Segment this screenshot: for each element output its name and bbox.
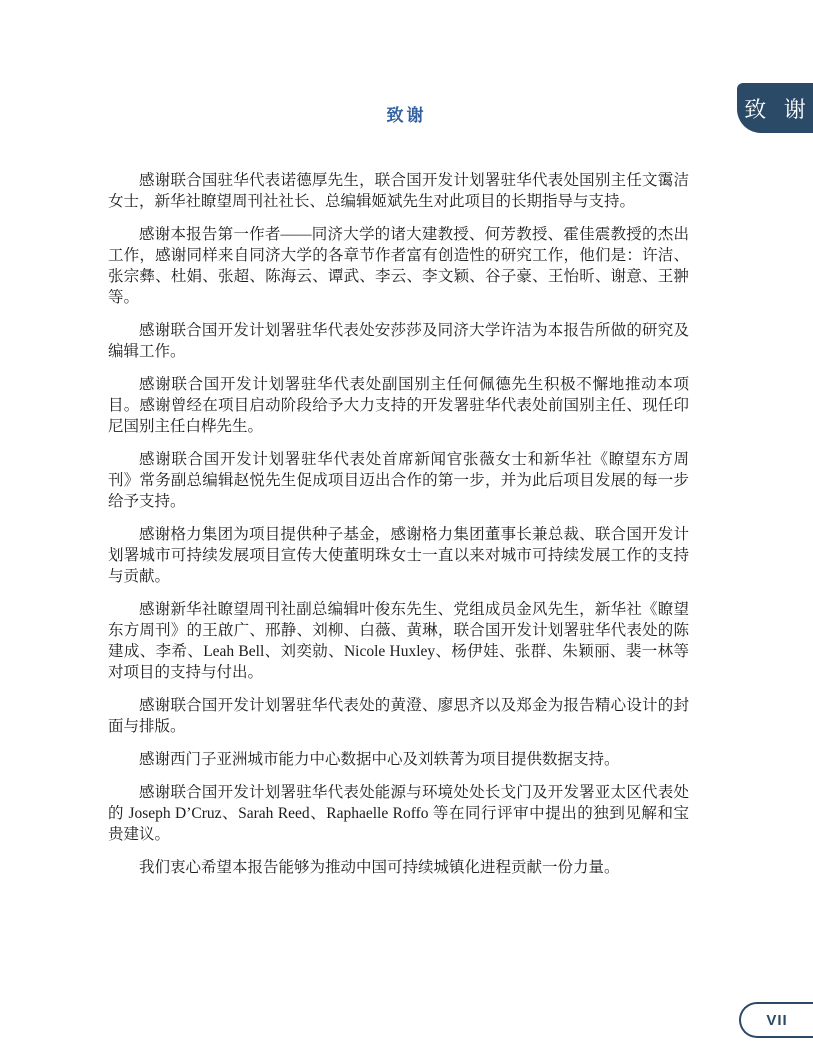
paragraph: 感谢西门子亚洲城市能力中心数据中心及刘轶菁为项目提供数据支持。 <box>108 749 689 770</box>
chapter-side-tab: 致 谢 <box>737 83 813 133</box>
paragraph: 感谢联合国开发计划署驻华代表处首席新闻官张薇女士和新华社《瞭望东方周刊》常务副总… <box>108 449 689 512</box>
paragraph: 感谢格力集团为项目提供种子基金，感谢格力集团董事长兼总裁、联合国开发计划署城市可… <box>108 524 689 587</box>
page-number: VII <box>766 1012 787 1029</box>
paragraph: 我们衷心希望本报告能够为推动中国可持续城镇化进程贡献一份力量。 <box>108 857 689 878</box>
page-number-badge: VII <box>739 1002 813 1038</box>
paragraph: 感谢新华社瞭望周刊社副总编辑叶俊东先生、党组成员金风先生，新华社《瞭望东方周刊》… <box>108 599 689 683</box>
page-title: 致谢 <box>0 101 813 126</box>
paragraph: 感谢联合国开发计划署驻华代表处能源与环境处处长戈门及开发署亚太区代表处的 Jos… <box>108 782 689 845</box>
chapter-side-tab-label: 致 谢 <box>744 93 812 124</box>
acknowledgments-body: 感谢联合国驻华代表诺德厚先生，联合国开发计划署驻华代表处国别主任文霭洁女士，新华… <box>108 170 689 890</box>
paragraph: 感谢联合国开发计划署驻华代表处安莎莎及同济大学许洁为本报告所做的研究及编辑工作。 <box>108 320 689 362</box>
paragraph: 感谢联合国驻华代表诺德厚先生，联合国开发计划署驻华代表处国别主任文霭洁女士，新华… <box>108 170 689 212</box>
paragraph: 感谢联合国开发计划署驻华代表处的黄澄、廖思齐以及郑金为报告精心设计的封面与排版。 <box>108 695 689 737</box>
paragraph: 感谢本报告第一作者——同济大学的诸大建教授、何芳教授、霍佳震教授的杰出工作，感谢… <box>108 224 689 308</box>
paragraph: 感谢联合国开发计划署驻华代表处副国别主任何佩德先生积极不懈地推动本项目。感谢曾经… <box>108 374 689 437</box>
